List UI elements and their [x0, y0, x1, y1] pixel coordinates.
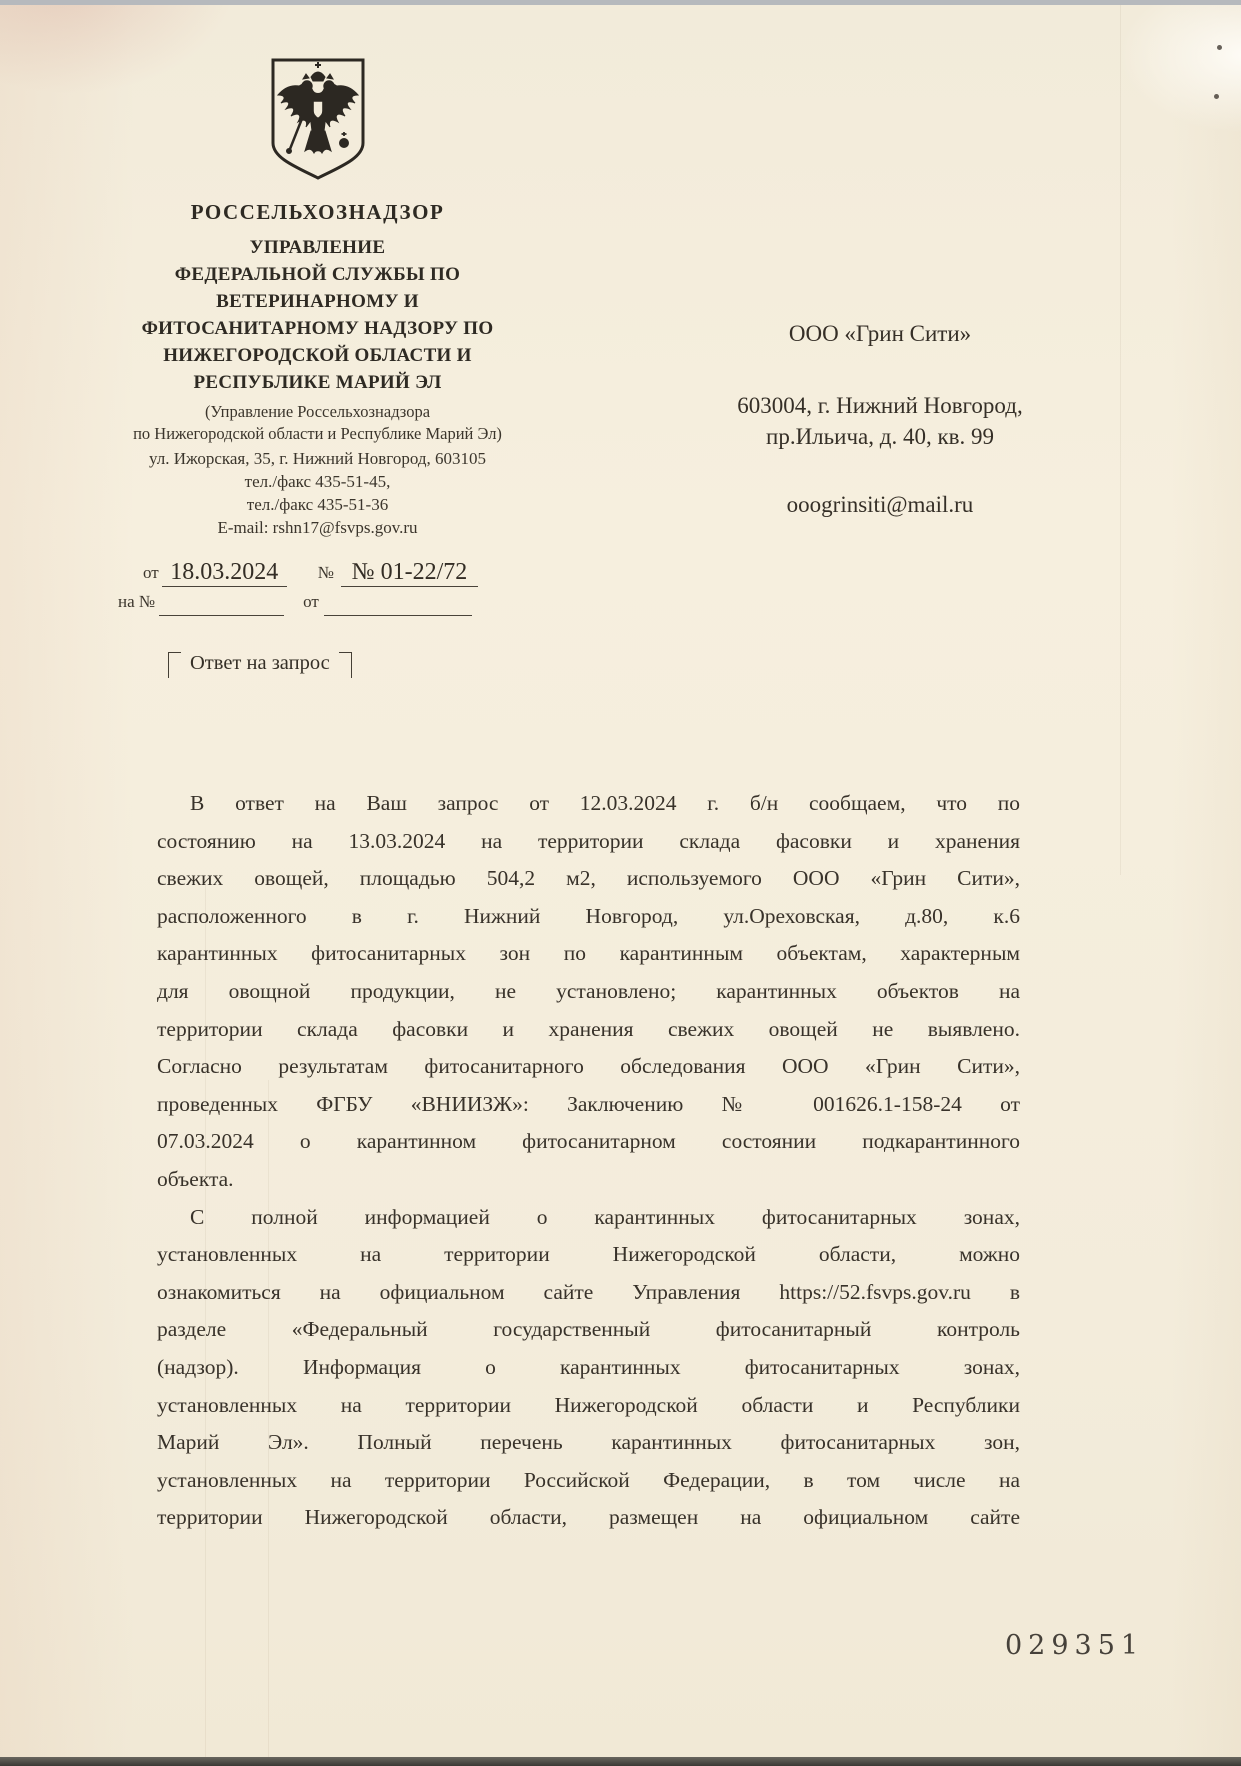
recipient-block: ООО «Грин Сити» 603004, г. Нижний Новгор… [665, 320, 1095, 518]
body-line: карантинных фитосанитарных зон по карант… [157, 935, 1020, 973]
body-line: Согласно результатам фитосанитарного обс… [157, 1048, 1020, 1086]
outgoing-date-label: от [143, 563, 159, 587]
body-line: территории Нижегородской области, размещ… [157, 1499, 1020, 1537]
subject-text: Ответ на запрос [181, 648, 339, 679]
body-line: расположенного в г. Нижний Новгород, ул.… [157, 898, 1020, 936]
letterhead-clarification: (Управление Россельхознадзора по Нижегор… [120, 401, 515, 444]
staple-hole [1214, 94, 1219, 99]
recipient-name: ООО «Грин Сити» [665, 320, 1095, 348]
body-line: объекта. [157, 1161, 1020, 1199]
scan-edge-top [0, 0, 1241, 5]
reply-date-label: от [303, 592, 319, 616]
body-line: (надзор). Информация о карантинных фитос… [157, 1349, 1020, 1387]
body-line: свежих овощей, площадью 504,2 м2, исполь… [157, 860, 1020, 898]
corner-mark-left-icon [168, 652, 181, 678]
letterhead-contacts: ул. Ижорская, 35, г. Нижний Новгород, 60… [120, 447, 515, 539]
body-line: разделе «Федеральный государственный фит… [157, 1311, 1020, 1349]
corner-mark-right-icon [339, 652, 352, 678]
paper-crease [1120, 5, 1121, 875]
body-line: территории склада фасовки и хранения све… [157, 1011, 1020, 1049]
recipient-address-line1: 603004, г. Нижний Новгород, [665, 390, 1095, 421]
reply-number-label: на № [118, 592, 155, 616]
body-line: проведенных ФГБУ «ВНИИЗЖ»: Заключению № … [157, 1086, 1020, 1124]
body-line: установленных на территории Нижегородско… [157, 1236, 1020, 1274]
agency-name: РОССЕЛЬХОЗНАДЗОР [120, 200, 515, 225]
department-name: УПРАВЛЕНИЕ ФЕДЕРАЛЬНОЙ СЛУЖБЫ ПО ВЕТЕРИН… [120, 234, 515, 396]
body-line: Марий Эл». Полный перечень карантинных ф… [157, 1424, 1020, 1462]
outgoing-number-value: № 01-22/72 [341, 556, 478, 587]
body-line: В ответ на Ваш запрос от 12.03.2024 г. б… [157, 785, 1020, 823]
body-line: состоянию на 13.03.2024 на территории ск… [157, 823, 1020, 861]
reply-date-field [324, 585, 472, 616]
recipient-address: 603004, г. Нижний Новгород, пр.Ильича, д… [665, 390, 1095, 452]
reference-fields: от 18.03.2024 № № 01-22/72 на № от [118, 556, 503, 616]
body-line: для овощной продукции, не установлено; к… [157, 973, 1020, 1011]
coat-of-arms-icon [268, 55, 368, 183]
body-line: установленных на территории Российской Ф… [157, 1462, 1020, 1500]
recipient-email: ooogrinsiti@mail.ru [665, 492, 1095, 518]
outgoing-row: от 18.03.2024 № № 01-22/72 [118, 556, 503, 587]
body-line: установленных на территории Нижегородско… [157, 1387, 1020, 1425]
body-line: ознакомиться на официальном сайте Управл… [157, 1274, 1020, 1312]
staple-hole [1217, 45, 1222, 50]
body-line: С полной информацией о карантинных фитос… [157, 1199, 1020, 1237]
letterhead: РОССЕЛЬХОЗНАДЗОР УПРАВЛЕНИЕ ФЕДЕРАЛЬНОЙ … [120, 55, 515, 539]
scan-edge-bottom [0, 1757, 1241, 1766]
coat-of-arms-icon [268, 55, 368, 183]
reply-row: на № от [118, 585, 503, 616]
body-line: 07.03.2024 о карантинном фитосанитарном … [157, 1123, 1020, 1161]
subject-line: Ответ на запрос [168, 648, 352, 679]
document-page: РОССЕЛЬХОЗНАДЗОР УПРАВЛЕНИЕ ФЕДЕРАЛЬНОЙ … [0, 0, 1241, 1766]
letter-body: В ответ на Ваш запрос от 12.03.2024 г. б… [157, 785, 1020, 1537]
reply-number-field [159, 585, 284, 616]
outgoing-date-value: 18.03.2024 [162, 556, 287, 587]
outgoing-number-label: № [318, 563, 334, 587]
recipient-address-line2: пр.Ильича, д. 40, кв. 99 [665, 421, 1095, 452]
stamp-number: 029351 [1005, 1630, 1144, 1661]
